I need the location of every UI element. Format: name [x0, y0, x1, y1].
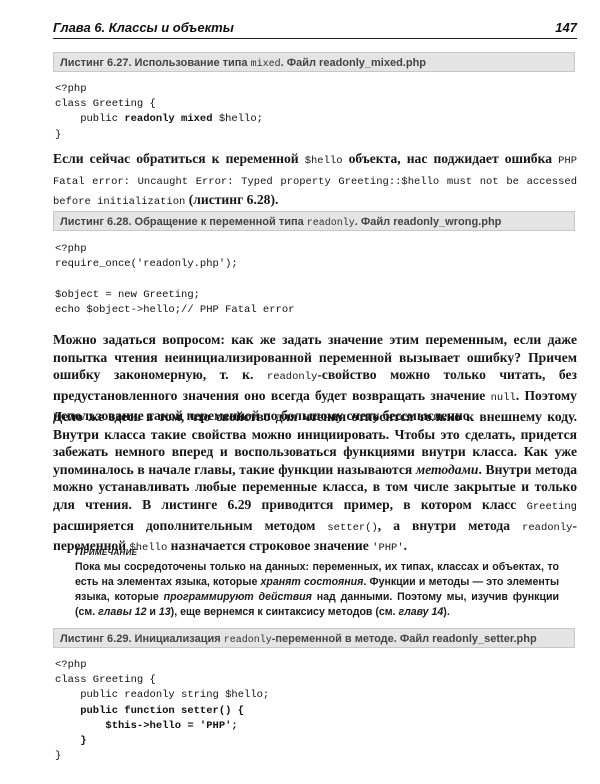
- italic-term: хранят состояния: [261, 576, 364, 588]
- caption-text: -переменной в методе. Файл readonly_sett…: [272, 633, 537, 645]
- book-page: Глава 6. Классы и объекты 147 Листинг 6.…: [0, 0, 600, 784]
- caption-text: Листинг 6.28. Обращение к переменной тип…: [60, 216, 307, 228]
- code-line: require_once('readonly.php');: [55, 257, 294, 272]
- inline-code: 'PHP': [372, 542, 404, 554]
- code-line: echo $object->hello;// PHP Fatal error: [55, 303, 294, 318]
- code-fragment: $hello;: [213, 113, 263, 125]
- caption-code: mixed: [251, 59, 281, 70]
- code-line: [55, 272, 294, 287]
- listing-6-27-code: <?phpclass Greeting { public readonly mi…: [55, 82, 263, 143]
- italic-term: методами: [416, 462, 479, 477]
- inline-code: Greeting: [527, 501, 577, 513]
- code-line: class Greeting {: [55, 97, 263, 112]
- text: Если сейчас обратиться к переменной: [53, 151, 305, 166]
- caption-text: . Файл readonly_wrong.php: [355, 216, 502, 228]
- text: ).: [443, 606, 449, 618]
- page-number: 147: [555, 18, 577, 38]
- caption-text: Листинг 6.27. Использование типа: [60, 57, 251, 69]
- listing-6-27-caption: Листинг 6.27. Использование типа mixed. …: [53, 52, 575, 72]
- code-line-highlight: }: [55, 734, 269, 749]
- code-line: <?php: [55, 242, 294, 257]
- text: ), еще вернемся к синтаксису методов (см…: [171, 606, 399, 618]
- code-highlight: readonly mixed: [124, 113, 212, 125]
- note-title: Примечание: [75, 546, 137, 558]
- text: назначается строковое значение: [167, 538, 372, 553]
- paragraph-fatal-error: Если сейчас обратиться к переменной $hel…: [53, 150, 577, 212]
- inline-code: null: [491, 392, 516, 404]
- text: расширяется дополнительным методом: [53, 518, 327, 533]
- code-line: }: [55, 128, 263, 143]
- listing-6-29-code: <?phpclass Greeting { public readonly st…: [55, 658, 269, 764]
- inline-code: setter(): [327, 522, 377, 534]
- caption-text: . Файл readonly_mixed.php: [281, 57, 426, 69]
- running-header: Глава 6. Классы и объекты 147: [53, 18, 577, 39]
- code-line: $object = new Greeting;: [55, 288, 294, 303]
- code-fragment: public: [55, 113, 124, 125]
- text: и: [146, 606, 158, 618]
- code-line: <?php: [55, 658, 269, 673]
- code-line: public readonly mixed $hello;: [55, 112, 263, 127]
- listing-6-28-caption: Листинг 6.28. Обращение к переменной тип…: [53, 211, 575, 231]
- caption-code: readonly: [224, 635, 272, 646]
- text: , а внутри метода: [378, 518, 522, 533]
- inline-code: readonly: [267, 371, 317, 383]
- chapter-reference: 13: [159, 606, 171, 618]
- listing-6-29-caption: Листинг 6.29. Инициализация readonly-пер…: [53, 628, 575, 648]
- code-line: public readonly string $hello;: [55, 688, 269, 703]
- text: объекта, нас поджидает ошибка: [343, 151, 559, 166]
- italic-term: программируют действия: [164, 591, 312, 603]
- note-body: Пока мы сосредоточены только на данных: …: [75, 560, 559, 620]
- chapter-title: Глава 6. Классы и объекты: [53, 18, 234, 38]
- code-line: <?php: [55, 82, 263, 97]
- chapter-reference: главу 14: [399, 606, 444, 618]
- inline-code: readonly: [522, 522, 572, 534]
- caption-code: readonly: [307, 218, 355, 229]
- paragraph-methods: Дело же здесь в том, что свойство для чт…: [53, 408, 577, 558]
- code-line-highlight: public function setter() {: [55, 704, 269, 719]
- text: (листинг 6.28).: [185, 192, 278, 207]
- listing-6-28-code: <?phprequire_once('readonly.php'); $obje…: [55, 242, 294, 318]
- code-line-highlight: $this->hello = 'PHP';: [55, 719, 269, 734]
- text: .: [404, 538, 407, 553]
- code-line: class Greeting {: [55, 673, 269, 688]
- inline-code: $hello: [305, 155, 343, 167]
- caption-text: Листинг 6.29. Инициализация: [60, 633, 224, 645]
- code-line: }: [55, 749, 269, 764]
- chapter-reference: главы 12: [98, 606, 146, 618]
